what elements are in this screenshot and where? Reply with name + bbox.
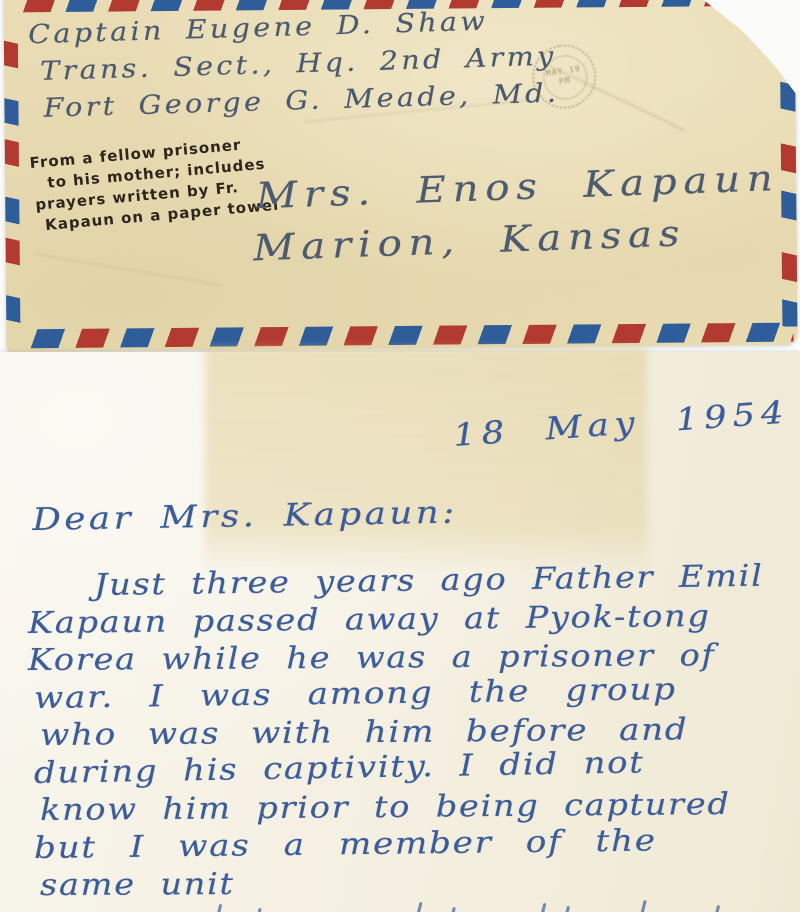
return-address: Captain Eugene D. Shaw Trans. Sect., Hq.… — [28, 2, 560, 129]
envelope-crease — [36, 253, 224, 286]
envelope: Captain Eugene D. Shaw Trans. Sect., Hq.… — [3, 0, 797, 351]
letter-body-line: Kapaun passed away at Pyok-tong — [28, 598, 772, 643]
scanned-document: Captain Eugene D. Shaw Trans. Sect., Hq.… — [0, 0, 800, 912]
letter-salutation: Dear Mrs. Kapaun: — [32, 495, 458, 538]
tape-stain — [205, 348, 647, 572]
cutoff-line-marks — [0, 894, 800, 912]
letter-body: Just three years ago Father Emil Kapaun … — [28, 568, 692, 906]
letter-page: 18 May 1954 Dear Mrs. Kapaun: Just three… — [0, 352, 800, 912]
postmark-stamp: MAY 19 PM — [528, 40, 601, 113]
recipient-address: Mrs. Enos Kapaun Marion, Kansas — [255, 153, 782, 275]
torn-corner — [663, 0, 799, 100]
postmark-text: MAY 19 PM — [528, 40, 601, 113]
airmail-border-bottom — [20, 323, 793, 349]
airmail-border-right — [780, 65, 797, 327]
postmark-time: PM — [559, 77, 572, 87]
archivist-annotation: From a fellow prisoner to his mother; in… — [29, 132, 280, 237]
airmail-border-left — [4, 27, 21, 333]
